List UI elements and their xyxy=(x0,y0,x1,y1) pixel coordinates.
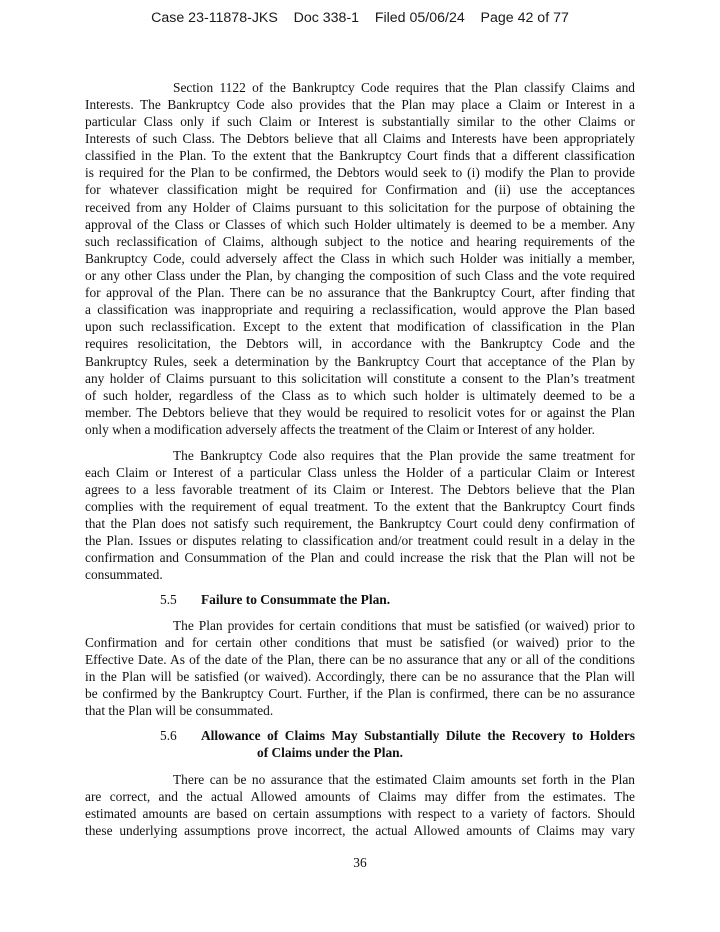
text-line: for whatever classification might be req… xyxy=(85,181,635,198)
text-line: Bankruptcy Rules, seek a determination b… xyxy=(85,353,635,370)
text-line: member. The Debtors believe that they wo… xyxy=(85,404,635,421)
text-line: for approval of the Plan. There can be n… xyxy=(85,284,635,301)
text-line: in the Plan will be satisfied (or waived… xyxy=(85,668,635,685)
text-line: consummated. xyxy=(85,566,635,583)
text-line: Interests. The Bankruptcy Code also prov… xyxy=(85,96,635,113)
text-line: that the Plan will be consummated. xyxy=(85,702,635,719)
section-heading-continued: of Claims under the Plan. xyxy=(257,744,403,761)
text-line: each Claim or Interest of a particular C… xyxy=(85,464,635,481)
text-line: approval of the Class or Classes of whic… xyxy=(85,216,635,233)
text-line: such reclassification of Claims, althoug… xyxy=(85,233,635,250)
text-line: are correct, and the actual Allowed amou… xyxy=(85,788,635,805)
text-line: the Plan. Issues or disputes relating to… xyxy=(85,532,635,549)
text-line: of such holder, regardless of the Class … xyxy=(85,387,635,404)
text-line: estimated amounts are based on certain a… xyxy=(85,805,635,822)
page-number: 36 xyxy=(0,855,720,871)
text-line: The Plan provides for certain conditions… xyxy=(173,617,635,634)
text-line: The Bankruptcy Code also requires that t… xyxy=(173,447,635,464)
text-line: classified in the Plan. To the extent th… xyxy=(85,147,635,164)
section-number: 5.6 xyxy=(160,727,177,744)
text-line: Confirmation and for certain other condi… xyxy=(85,634,635,651)
text-line: these underlying assumptions prove incor… xyxy=(85,822,635,839)
case-header: Case 23-11878-JKS Doc 338-1 Filed 05/06/… xyxy=(0,10,720,26)
text-line: received from any Holder of Claims pursu… xyxy=(85,199,635,216)
text-line: Bankruptcy Code, could adversely affect … xyxy=(85,250,635,267)
section-number: 5.5 xyxy=(160,591,177,608)
text-line: Interests of such Class. The Debtors bel… xyxy=(85,130,635,147)
section-heading: Allowance of Claims May Substantially Di… xyxy=(201,727,635,744)
text-line: be confirmed by the Bankruptcy Court. Fu… xyxy=(85,685,635,702)
text-line: confirmation and Consummation of the Pla… xyxy=(85,549,635,566)
text-line: There can be no assurance that the estim… xyxy=(173,771,635,788)
section-heading: Failure to Consummate the Plan. xyxy=(201,591,390,608)
text-line: only when a modification adversely affec… xyxy=(85,421,635,438)
text-line: any holder of Claims pursuant to this so… xyxy=(85,370,635,387)
text-line: requires resolicitation, the Debtors wil… xyxy=(85,335,635,352)
text-line: or any other Class under the Plan, by ch… xyxy=(85,267,635,284)
text-line: upon such reclassification. Except to th… xyxy=(85,318,635,335)
text-line: particular Class only if such Claim or I… xyxy=(85,113,635,130)
text-line: a classification was inappropriate and r… xyxy=(85,301,635,318)
text-line: complies with the requirement of equal t… xyxy=(85,498,635,515)
text-line: is required for the Plan to be confirmed… xyxy=(85,164,635,181)
text-line: agrees to a less favorable treatment of … xyxy=(85,481,635,498)
text-line: Effective Date. As of the date of the Pl… xyxy=(85,651,635,668)
text-line: Section 1122 of the Bankruptcy Code requ… xyxy=(173,79,635,96)
text-line: that the Plan does not satisfy such requ… xyxy=(85,515,635,532)
